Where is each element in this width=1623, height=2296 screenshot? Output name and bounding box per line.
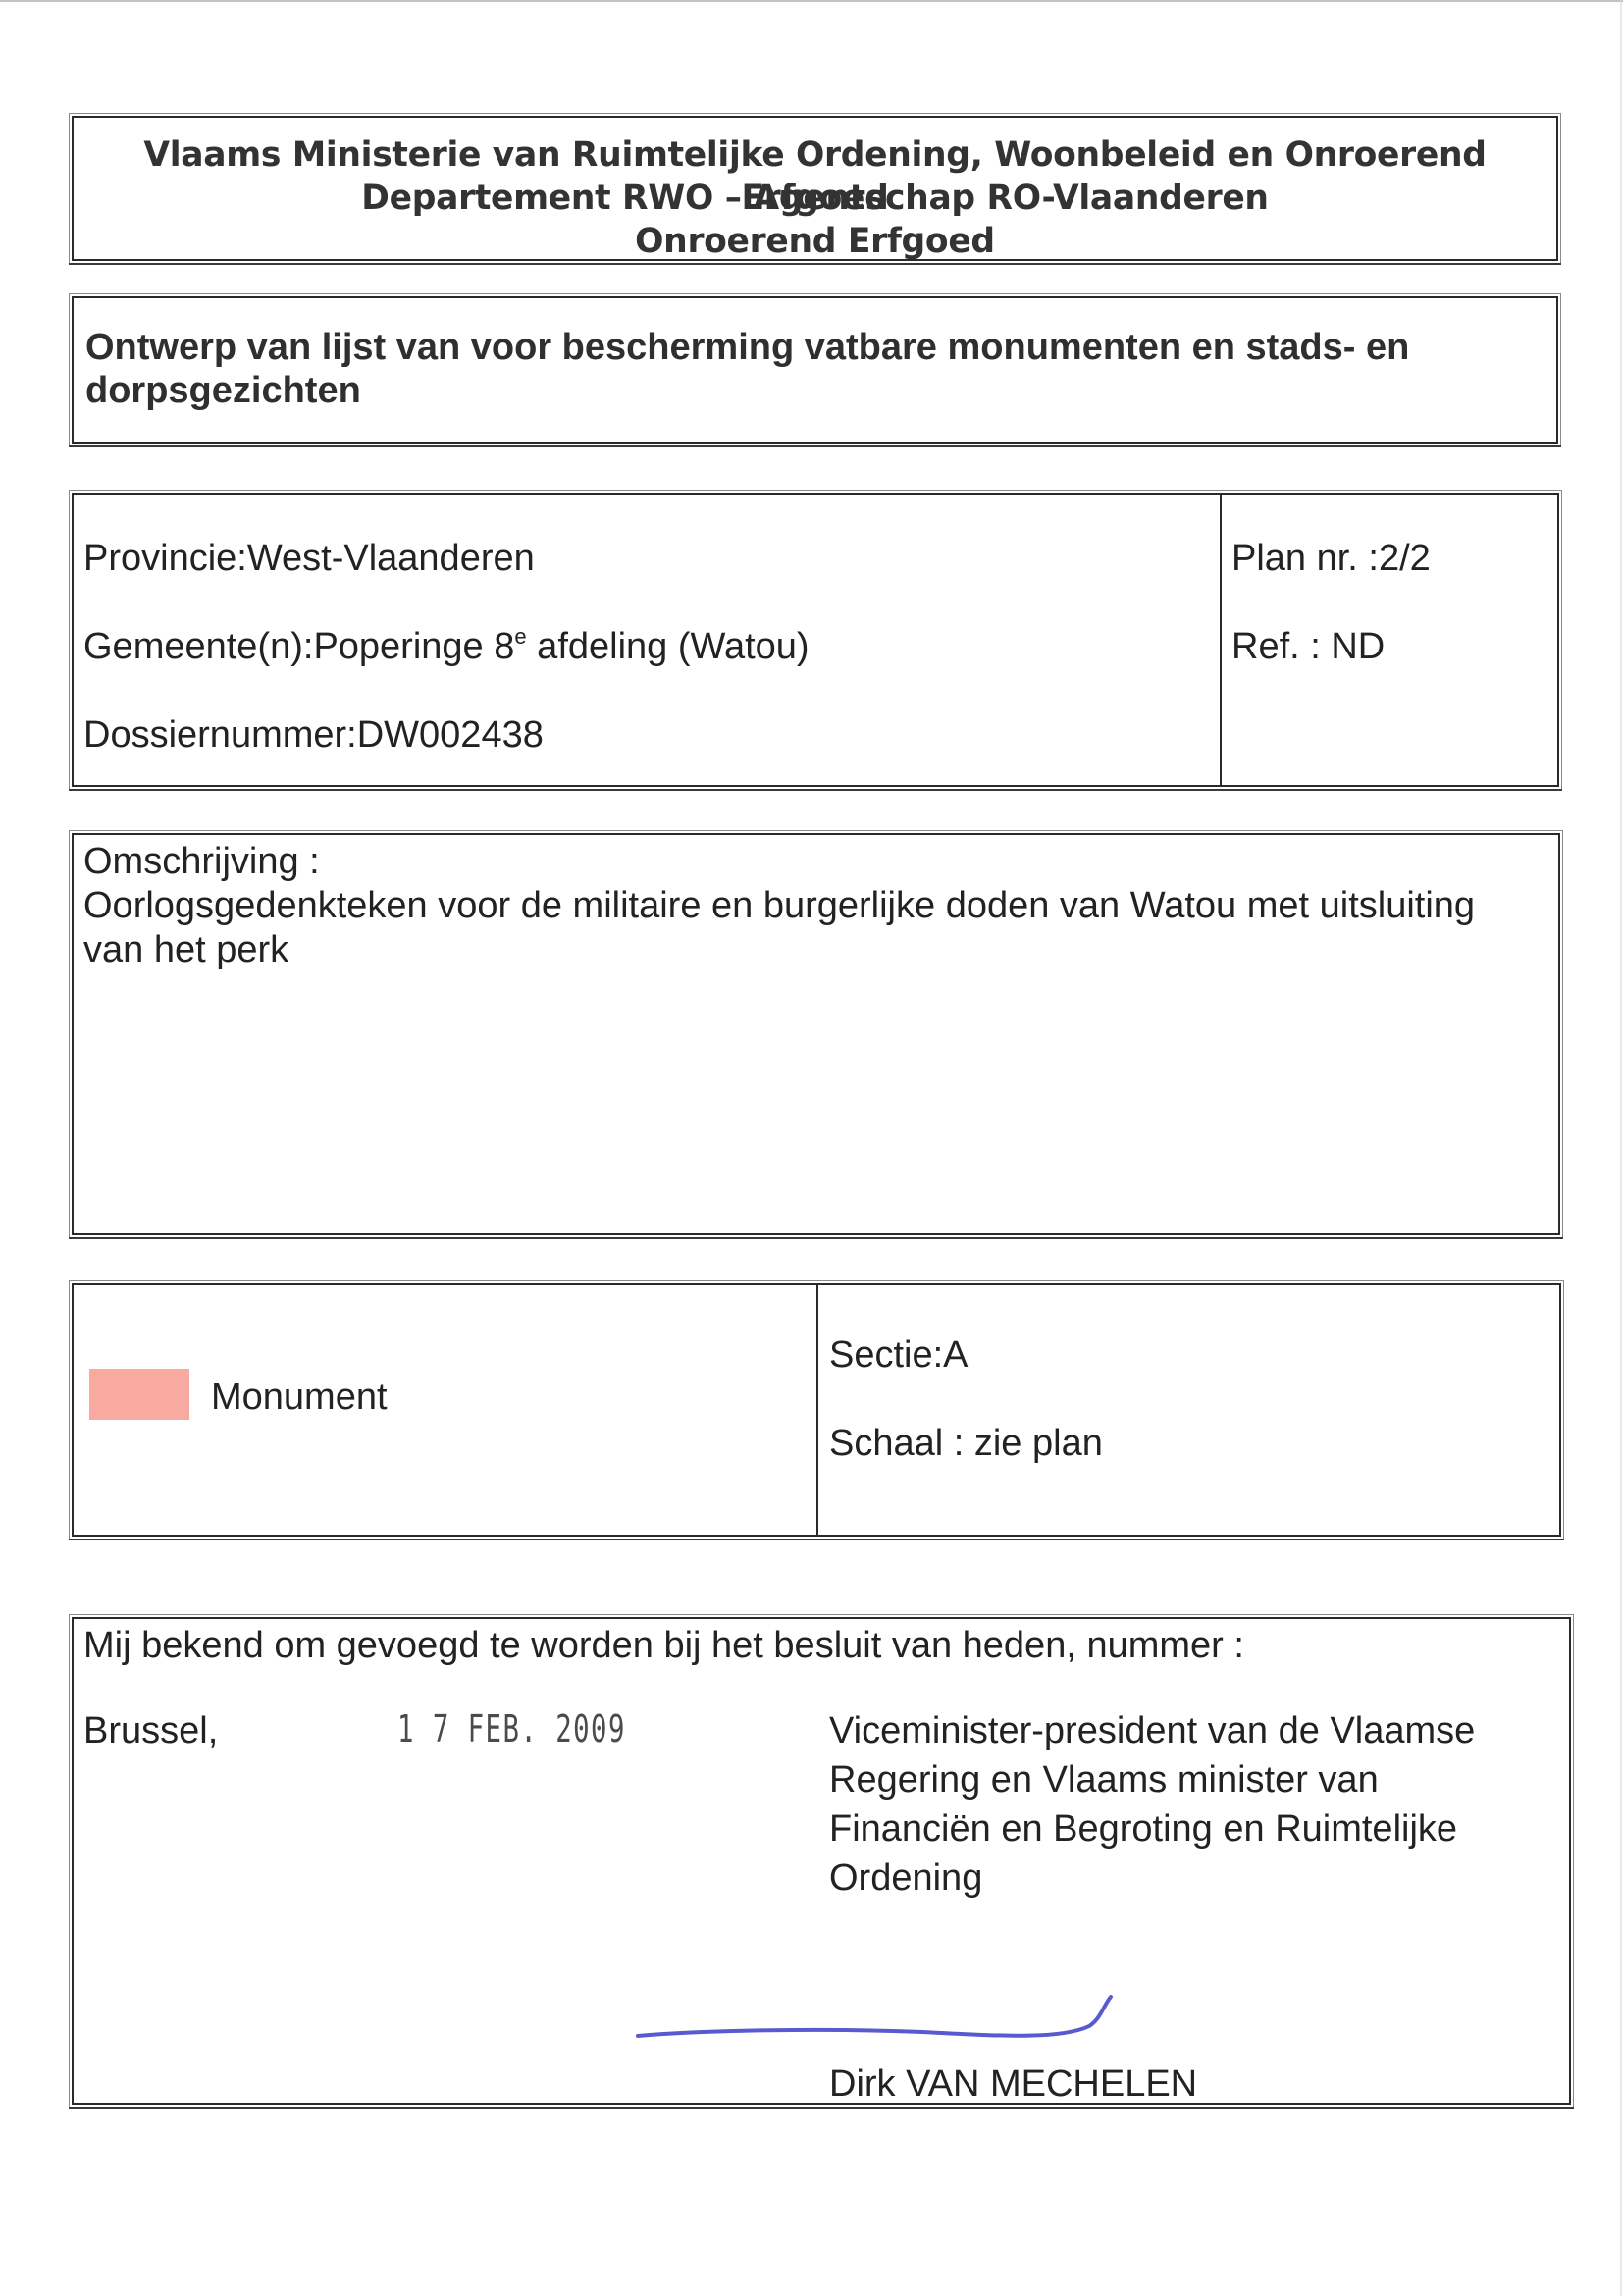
department-name: Departement RWO – Agentschap RO-Vlaander…: [74, 177, 1556, 220]
legend-box: Monument Sectie:A Schaal : zie plan: [72, 1283, 1561, 1537]
description-line-1: Oorlogsgedenkteken voor de militaire en …: [83, 887, 1475, 924]
minister-title-line-3: Financiën en Begroting en Ruimtelijke: [829, 1810, 1475, 1848]
provincie-field: Provincie:West-Vlaanderen: [83, 540, 535, 577]
signatory-name: Dirk VAN MECHELEN: [829, 2065, 1197, 2103]
monument-legend-swatch: [89, 1369, 189, 1420]
sectie-field: Sectie:A: [829, 1336, 969, 1374]
schaal-field: Schaal : zie plan: [829, 1425, 1103, 1462]
legend-divider: [816, 1285, 818, 1535]
document-title-box: Ontwerp van lijst van voor bescherming v…: [72, 296, 1558, 444]
description-label: Omschrijving :: [83, 843, 320, 880]
page-edge-top: [0, 0, 1623, 2]
monument-legend-label: Monument: [211, 1379, 388, 1416]
description-box: Omschrijving : Oorlogsgedenkteken voor d…: [72, 833, 1560, 1235]
minister-title-line-2: Regering en Vlaams minister van: [829, 1761, 1475, 1799]
dossiernummer-field: Dossiernummer:DW002438: [83, 716, 544, 754]
signature: [628, 1987, 1138, 2065]
location-info-box: Provincie:West-Vlaanderen Gemeente(n):Po…: [72, 493, 1559, 787]
agency-name: Onroerend Erfgoed: [74, 220, 1556, 263]
plan-number-field: Plan nr. :2/2: [1231, 540, 1431, 577]
date-stamp: 1 7 FEB. 2009: [397, 1707, 626, 1750]
info-divider: [1220, 495, 1222, 785]
approval-place: Brussel,: [83, 1712, 218, 1749]
gemeente-superscript: e: [514, 624, 526, 649]
page-edge-right: [1620, 0, 1622, 2296]
minister-title-line-4: Ordening: [829, 1859, 1475, 1897]
gemeente-prefix: Gemeente(n):Poperinge 8: [83, 626, 514, 667]
ministry-header-box: Vlaams Ministerie van Ruimtelijke Ordeni…: [72, 116, 1558, 261]
gemeente-suffix: afdeling (Watou): [527, 626, 810, 667]
approval-statement: Mij bekend om gevoegd te worden bij het …: [83, 1627, 1244, 1664]
document-title-line-2: dorpsgezichten: [85, 369, 1537, 412]
reference-field: Ref. : ND: [1231, 628, 1385, 665]
description-line-2: van het perk: [83, 931, 288, 968]
document-title-line-1: Ontwerp van lijst van voor bescherming v…: [85, 326, 1537, 369]
approval-box: Mij bekend om gevoegd te worden bij het …: [72, 1617, 1571, 2105]
document-title: Ontwerp van lijst van voor bescherming v…: [85, 326, 1537, 412]
gemeente-field: Gemeente(n):Poperinge 8e afdeling (Watou…: [83, 628, 810, 665]
minister-title: Viceminister-president van de Vlaamse Re…: [829, 1712, 1475, 1879]
minister-title-line-1: Viceminister-president van de Vlaamse: [829, 1712, 1475, 1749]
